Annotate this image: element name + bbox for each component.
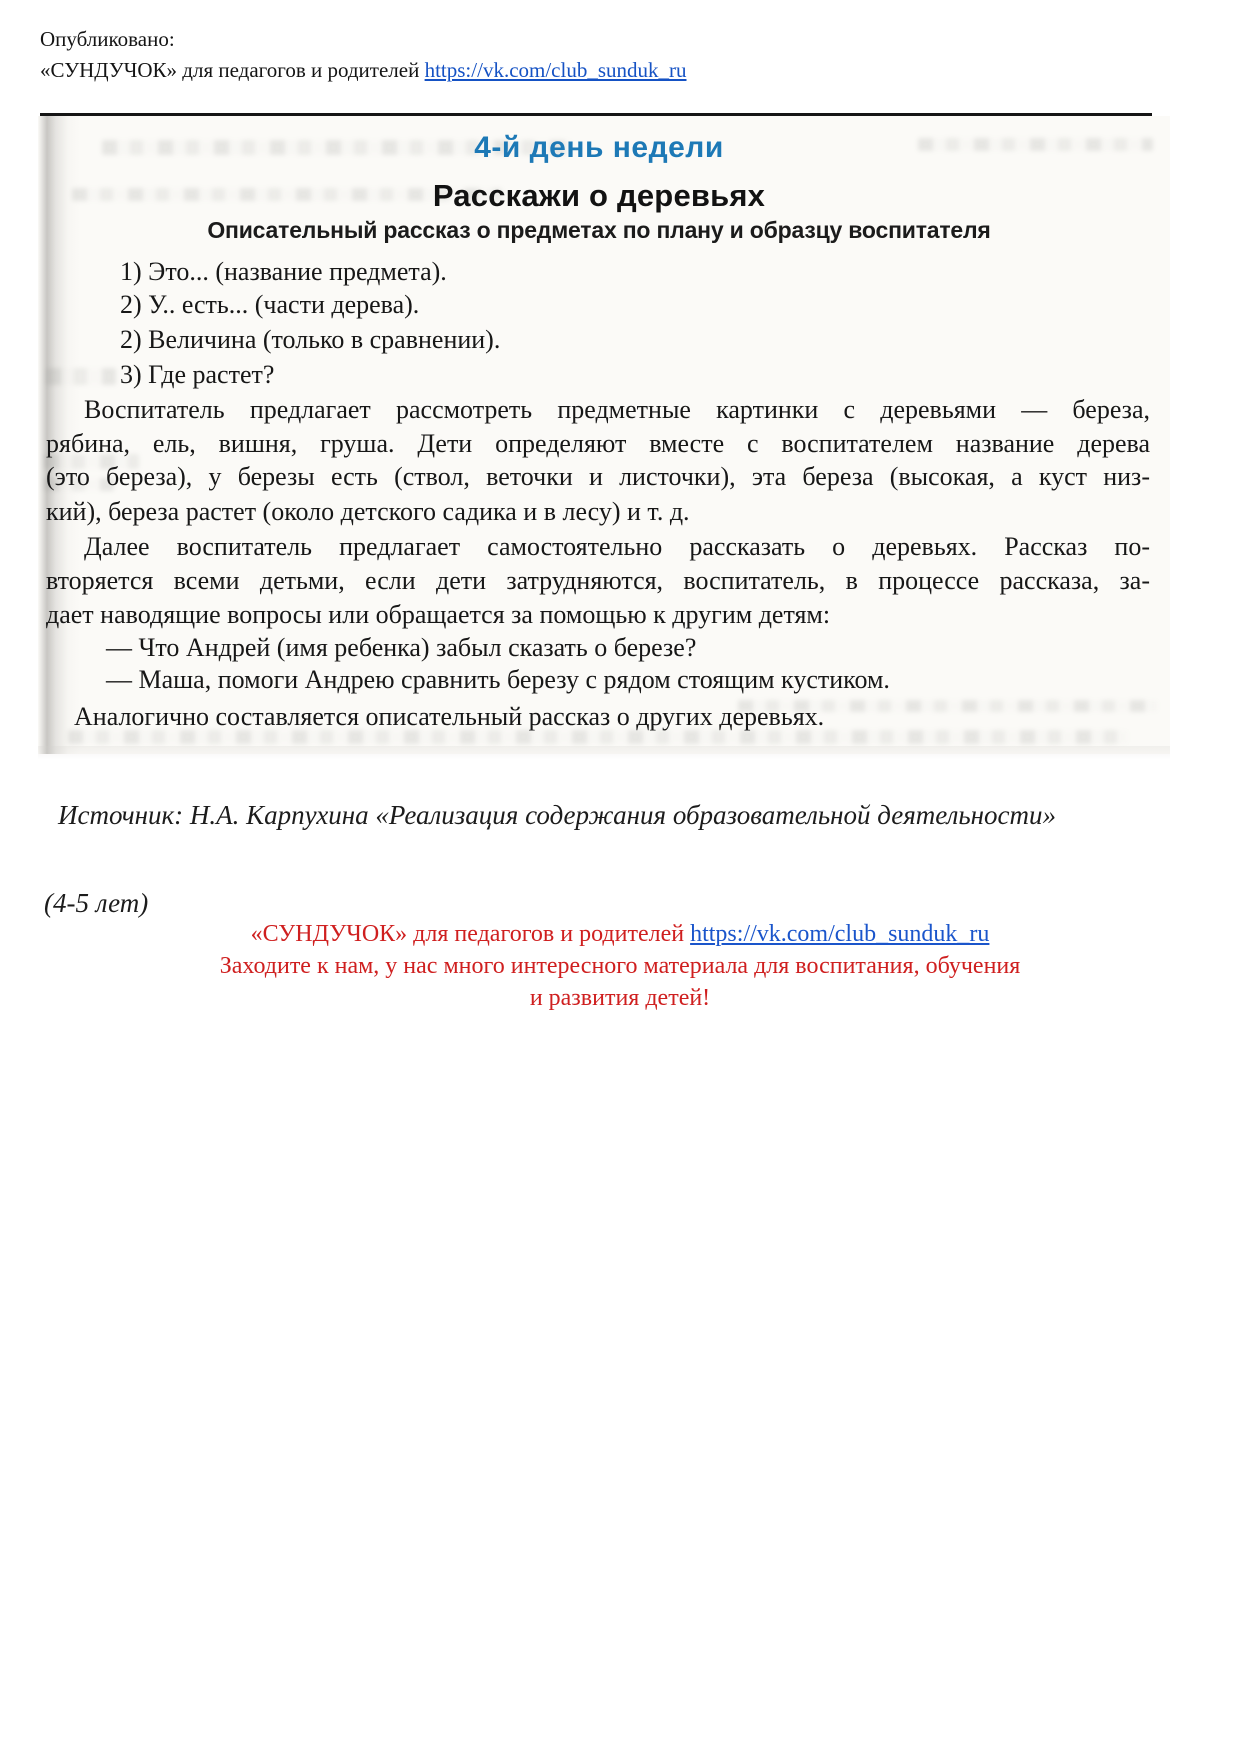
footer-club-text: «СУНДУЧОК» для педагогов и родителей [251, 921, 685, 947]
published-club-text: «СУНДУЧОК» для педагогов и родителей [40, 58, 419, 82]
activity-subtitle: Описательный рассказ о предметах по план… [46, 215, 1152, 245]
footer-promo-line2: и развития детей! [0, 982, 1240, 1014]
dialogue-line: — Маша, помоги Андрею сравнить березу с … [46, 663, 1150, 696]
footer-vk-link[interactable]: https://vk.com/club_sunduk_ru [690, 921, 989, 947]
activity-title: Расскажи о деревьях [46, 177, 1152, 215]
plan-item: 2) Величина (только в сравнении). [46, 323, 1150, 356]
day-title: 4-й день недели [46, 130, 1152, 166]
paragraph-line: (это береза), у березы есть (ствол, вето… [46, 460, 1150, 493]
paragraph-line: кий), береза растет (около детского сади… [46, 495, 1150, 528]
source-line: Источник: Н.А. Карпухина «Реализация сод… [58, 798, 1182, 832]
paragraph-line: Далее воспитатель предлагает самостоятел… [46, 530, 1150, 563]
plan-item: 3) Где растет? [46, 358, 1150, 391]
footer: «СУНДУЧОК» для педагогов и родителей htt… [0, 918, 1240, 1014]
document-page: Опубликовано: «СУНДУЧОК» для педагогов и… [0, 0, 1240, 1754]
paragraph-line: дает наводящие вопросы или обращается за… [46, 598, 1150, 631]
plan-item: 1) Это... (название предмета). [46, 255, 1150, 288]
paragraph-line: вторяется всеми детьми, если дети затруд… [46, 564, 1150, 597]
age-note: (4-5 лет) [44, 886, 148, 920]
closing-line: Аналогично составляется описательный рас… [46, 700, 1150, 733]
paragraph-line: рябина, ель, вишня, груша. Дети определя… [46, 427, 1150, 460]
footer-promo-line1: Заходите к нам, у нас много интересного … [0, 950, 1240, 982]
published-header: Опубликовано: «СУНДУЧОК» для педагогов и… [40, 24, 687, 86]
published-label: Опубликовано: [40, 24, 687, 55]
published-vk-link[interactable]: https://vk.com/club_sunduk_ru [425, 58, 687, 82]
plan-item: 2) У.. есть... (части дерева). [46, 288, 1150, 321]
scanned-page: 4-й день недели Расскажи о деревьях Опис… [38, 116, 1170, 754]
dialogue-line: — Что Андрей (имя ребенка) забыл сказать… [46, 631, 1150, 664]
paragraph-line: Воспитатель предлагает рассмотреть предм… [46, 393, 1150, 426]
